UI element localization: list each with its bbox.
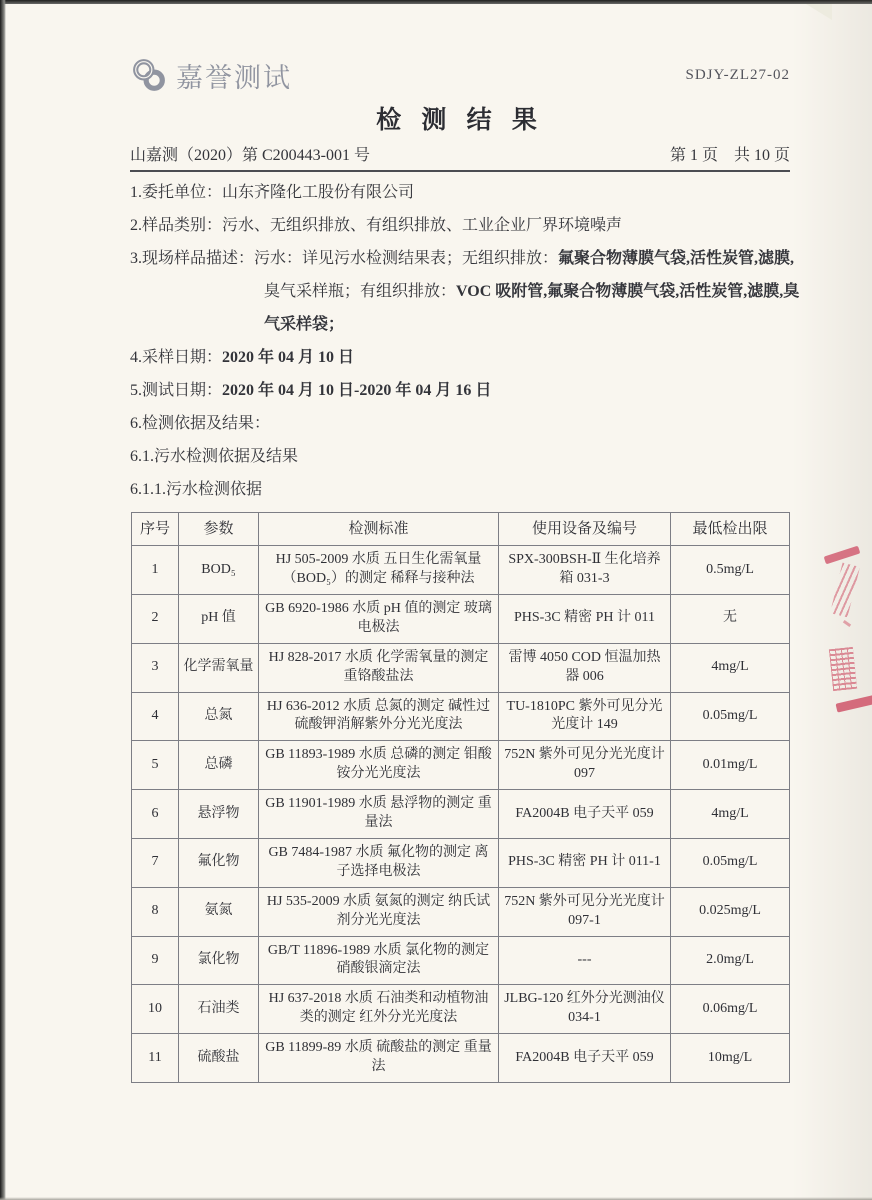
info-line: 6.1.污水检测依据及结果 [130,446,872,468]
info-line: 2.样品类别：污水、无组织排放、有组织排放、工业企业厂界环境噪声 [130,215,872,237]
table-row: 9氯化物GB/T 11896-1989 水质 氯化物的测定 硝酸银滴定法---2… [132,936,790,985]
table-cell: HJ 535-2009 水质 氨氮的测定 纳氏试剂分光光度法 [259,887,499,936]
table-cell: 4 [132,692,179,741]
scan-edge-top [0,0,872,4]
info-line: 臭气采样瓶；有组织排放：VOC 吸附管,氟聚合物薄膜气袋,活性炭管,滤膜,臭 [264,281,872,303]
col-header-equipment: 使用设备及编号 [499,513,671,546]
table-cell: BOD₅ [179,546,259,595]
table-row: 11硫酸盐GB 11899-89 水质 硫酸盐的测定 重量法FA2004B 电子… [132,1034,790,1083]
table-cell: 0.05mg/L [671,838,790,887]
table-cell: 7 [132,838,179,887]
text-segment: 2.样品类别：污水、无组织排放、有组织排放、工业企业厂界环境噪声 [130,217,622,234]
info-line: 6.检测依据及结果： [130,413,872,435]
table-cell: 0.05mg/L [671,692,790,741]
text-segment: 6.1.污水检测依据及结果 [130,448,298,465]
report-header: 嘉誉测试 SDJY-ZL27-02 [130,54,790,96]
report-number: 山嘉测（2020）第 C200443-001 号 [130,142,370,165]
report-number-row: 山嘉测（2020）第 C200443-001 号 第 1 页 共 10 页 [130,142,790,172]
table-cell: 氯化物 [179,936,259,985]
table-cell: 4mg/L [671,643,790,692]
table-cell: GB 7484-1987 水质 氟化物的测定 离子选择电极法 [259,838,499,887]
info-line: 5.测试日期：2020 年 04 月 10 日-2020 年 04 月 16 日 [130,380,872,402]
table-row: 4总氮HJ 636-2012 水质 总氮的测定 碱性过硫酸钾消解紫外分光光度法T… [132,692,790,741]
table-cell: FA2004B 电子天平 059 [499,1034,671,1083]
table-cell: HJ 828-2017 水质 化学需氧量的测定 重铬酸盐法 [259,643,499,692]
scan-edge-left [0,0,6,1200]
table-cell: FA2004B 电子天平 059 [499,790,671,839]
table-cell: 化学需氧量 [179,643,259,692]
text-segment: 臭气采样瓶；有组织排放： [264,283,456,300]
table-cell: pH 值 [179,595,259,644]
table-cell: 石油类 [179,985,259,1034]
table-cell: 悬浮物 [179,790,259,839]
table-cell: 2.0mg/L [671,936,790,985]
text-segment: VOC 吸附管,氟聚合物薄膜气袋,活性炭管,滤膜,臭 [456,283,799,300]
scanned-report-page: 嘉誉测试 SDJY-ZL27-02 检 测 结 果 山嘉测（2020）第 C20… [0,0,872,1200]
table-cell: 4mg/L [671,790,790,839]
text-segment: 4.采样日期： [130,349,222,366]
red-stamp-fragment [829,647,857,691]
table-cell: 总氮 [179,692,259,741]
table-row: 5总磷GB 11893-1989 水质 总磷的测定 钼酸铵分光光度法752N 紫… [132,741,790,790]
table-cell: 1 [132,546,179,595]
text-segment: 2020 年 04 月 10 日 [222,349,354,366]
page-corner-fold [806,4,832,20]
info-line: 3.现场样品描述：污水：详见污水检测结果表；无组织排放：氟聚合物薄膜气袋,活性炭… [130,248,872,270]
table-row: 7氟化物GB 7484-1987 水质 氟化物的测定 离子选择电极法PHS-3C… [132,838,790,887]
table-cell: 2 [132,595,179,644]
logo-text: 嘉誉测试 [176,56,292,95]
table-cell: 0.06mg/L [671,985,790,1034]
page-title: 检 测 结 果 [130,100,790,136]
table-cell: --- [499,936,671,985]
table-cell: GB 6920-1986 水质 pH 值的测定 玻璃电极法 [259,595,499,644]
document-code: SDJY-ZL27-02 [686,67,791,84]
table-cell: TU-1810PC 紫外可见分光光度计 149 [499,692,671,741]
table-row: 6悬浮物GB 11901-1989 水质 悬浮物的测定 重量法FA2004B 电… [132,790,790,839]
table-cell: 5 [132,741,179,790]
info-line: 气采样袋； [264,314,872,336]
detection-basis-table: 序号 参数 检测标准 使用设备及编号 最低检出限 1BOD₅HJ 505-200… [131,512,790,1083]
info-section: 1.委托单位：山东齐隆化工股份有限公司2.样品类别：污水、无组织排放、有组织排放… [130,182,872,501]
col-header-standard: 检测标准 [259,513,499,546]
table-row: 10石油类HJ 637-2018 水质 石油类和动植物油类的测定 红外分光光度法… [132,985,790,1034]
table-cell: GB/T 11896-1989 水质 氯化物的测定 硝酸银滴定法 [259,936,499,985]
text-segment: 6.检测依据及结果： [130,415,270,432]
table-cell: 8 [132,887,179,936]
info-line: 1.委托单位：山东齐隆化工股份有限公司 [130,182,872,204]
table-cell: 0.5mg/L [671,546,790,595]
table-cell: 6 [132,790,179,839]
table-row: 2pH 值GB 6920-1986 水质 pH 值的测定 玻璃电极法PHS-3C… [132,595,790,644]
table-cell: 雷博 4050 COD 恒温加热器 006 [499,643,671,692]
col-header-index: 序号 [132,513,179,546]
table-row: 8氨氮HJ 535-2009 水质 氨氮的测定 纳氏试剂分光光度法752N 紫外… [132,887,790,936]
table-cell: HJ 636-2012 水质 总氮的测定 碱性过硫酸钾消解紫外分光光度法 [259,692,499,741]
table-cell: GB 11893-1989 水质 总磷的测定 钼酸铵分光光度法 [259,741,499,790]
table-cell: PHS-3C 精密 PH 计 011-1 [499,838,671,887]
table-cell: HJ 637-2018 水质 石油类和动植物油类的测定 红外分光光度法 [259,985,499,1034]
table-cell: 10mg/L [671,1034,790,1083]
table-cell: 总磷 [179,741,259,790]
table-cell: SPX-300BSH-Ⅱ 生化培养箱 031-3 [499,546,671,595]
logo-knot-icon [130,56,168,94]
table-cell: 9 [132,936,179,985]
table-cell: 0.025mg/L [671,887,790,936]
table-cell: 752N 紫外可见分光光度计 097-1 [499,887,671,936]
table-cell: 0.01mg/L [671,741,790,790]
info-line: 4.采样日期：2020 年 04 月 10 日 [130,347,872,369]
text-segment: 6.1.1.污水检测依据 [130,481,262,498]
table-cell: 752N 紫外可见分光光度计 097 [499,741,671,790]
table-cell: JLBG-120 红外分光测油仪 034-1 [499,985,671,1034]
table-cell: 氨氮 [179,887,259,936]
company-logo: 嘉誉测试 [130,56,292,95]
table-cell: GB 11899-89 水质 硫酸盐的测定 重量法 [259,1034,499,1083]
table-cell: PHS-3C 精密 PH 计 011 [499,595,671,644]
table-cell: 氟化物 [179,838,259,887]
text-segment: 气采样袋； [264,316,344,333]
table-cell: 硫酸盐 [179,1034,259,1083]
table-cell: 11 [132,1034,179,1083]
table-cell: 3 [132,643,179,692]
text-segment: 2020 年 04 月 10 日-2020 年 04 月 16 日 [222,382,491,399]
text-segment: 5.测试日期： [130,382,222,399]
table-cell: 无 [671,595,790,644]
info-line: 6.1.1.污水检测依据 [130,479,872,501]
table-cell: HJ 505-2009 水质 五日生化需氧量（BOD₅）的测定 稀释与接种法 [259,546,499,595]
text-segment: 1.委托单位：山东齐隆化工股份有限公司 [130,184,414,201]
table-cell: GB 11901-1989 水质 悬浮物的测定 重量法 [259,790,499,839]
table-cell: 10 [132,985,179,1034]
table-row: 3化学需氧量HJ 828-2017 水质 化学需氧量的测定 重铬酸盐法雷博 40… [132,643,790,692]
text-segment: 3.现场样品描述：污水：详见污水检测结果表；无组织排放： [130,250,558,267]
col-header-detection-limit: 最低检出限 [671,513,790,546]
text-segment: 氟聚合物薄膜气袋,活性炭管,滤膜, [558,250,794,267]
col-header-parameter: 参数 [179,513,259,546]
table-body: 1BOD₅HJ 505-2009 水质 五日生化需氧量（BOD₅）的测定 稀释与… [132,546,790,1083]
page-number-info: 第 1 页 共 10 页 [670,142,790,165]
table-header-row: 序号 参数 检测标准 使用设备及编号 最低检出限 [132,513,790,546]
table-row: 1BOD₅HJ 505-2009 水质 五日生化需氧量（BOD₅）的测定 稀释与… [132,546,790,595]
